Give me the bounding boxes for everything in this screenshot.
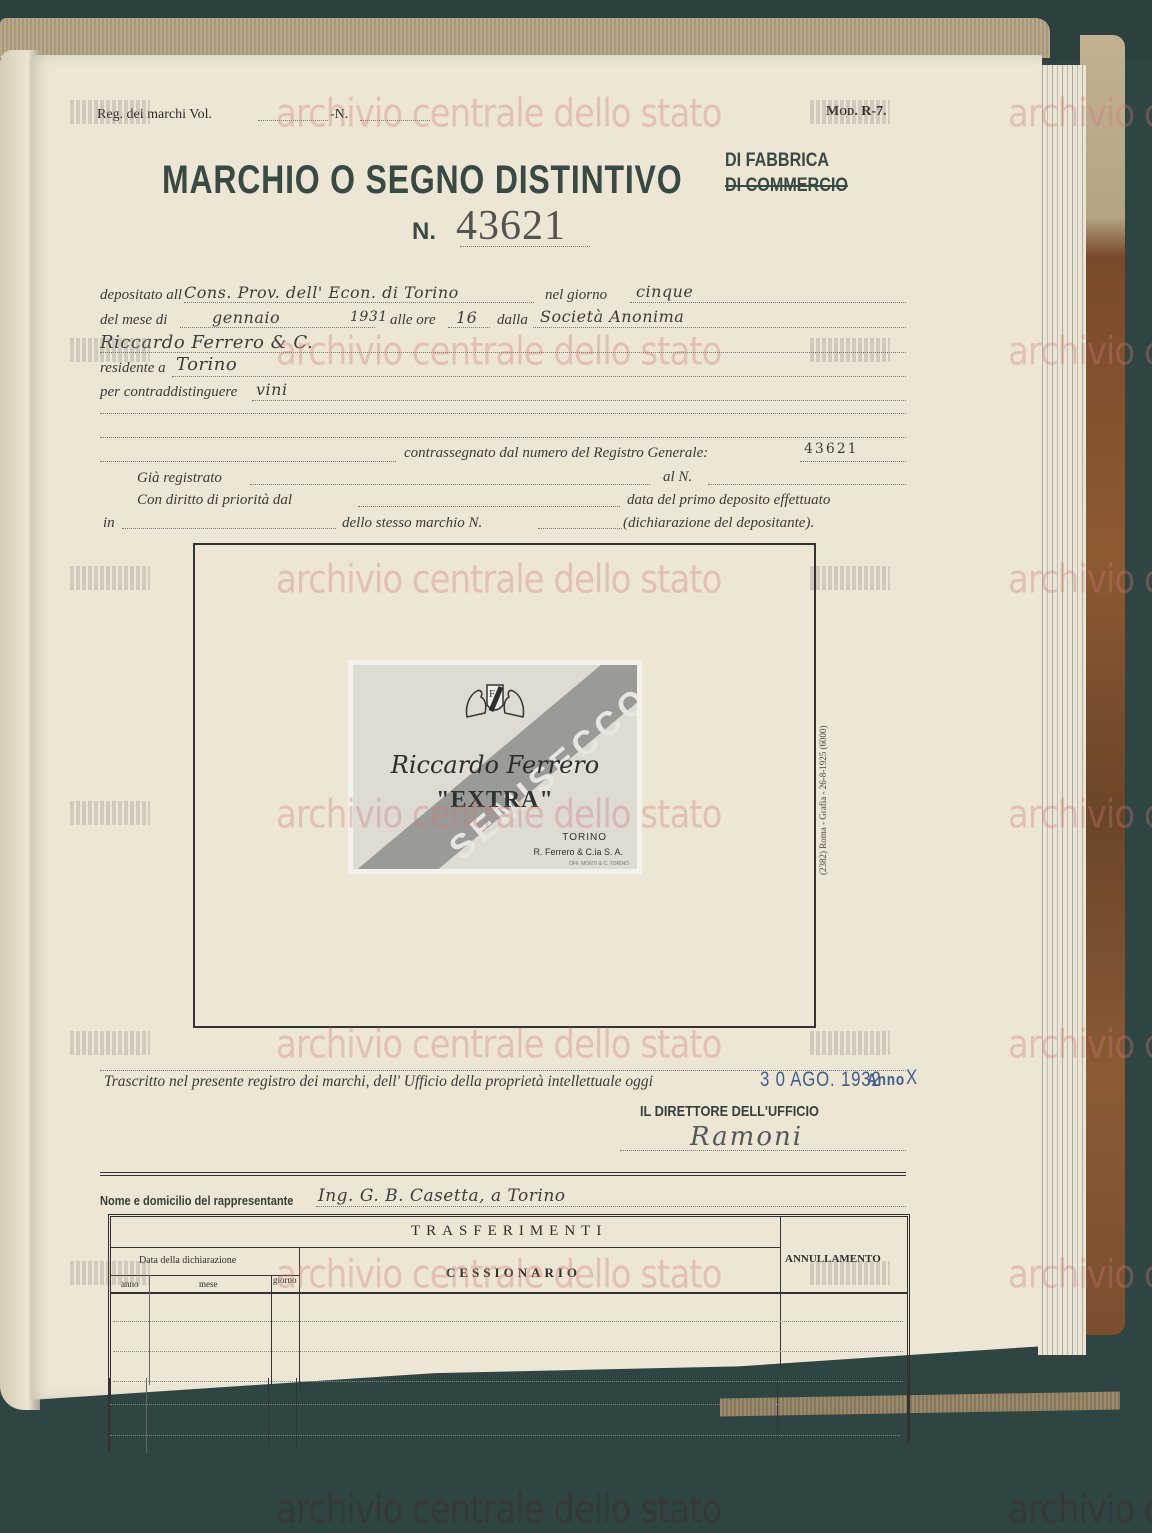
mark-number: 43621	[456, 202, 566, 250]
blank-line-2	[100, 437, 906, 438]
watermark: archivio centrale dello stato	[1008, 1487, 1152, 1533]
watermark: archivio centrale dello stato	[276, 329, 721, 375]
watermark: archivio centrale dello stato	[1008, 792, 1152, 838]
watermark-bars	[810, 566, 890, 590]
watermark: archivio centrale dello stato	[276, 557, 721, 603]
dalla-value: Società Anonima	[540, 307, 684, 326]
in-line	[122, 528, 336, 529]
primo-deposito-label: data del primo deposito effettuato	[627, 492, 830, 509]
table-row[interactable]	[110, 1435, 900, 1436]
transcription-date-stamp: 3 0 AGO. 1932	[760, 1068, 882, 1092]
type-fabbrica: DI FABBRICA	[725, 150, 829, 172]
watermark-bars	[70, 1031, 150, 1055]
watermark: archivio centrale dello stato	[1008, 1252, 1152, 1298]
watermark-bars	[810, 1261, 890, 1285]
date-header: Data della dichiarazione	[139, 1255, 236, 1266]
watermark-bars	[810, 100, 890, 124]
giorno-value: cinque	[636, 282, 693, 301]
giorno-line	[630, 302, 906, 303]
registry-blank-line	[100, 461, 396, 462]
depositato-label: depositato all	[100, 287, 182, 304]
representative-label: Nome e domicilio del rappresentante	[100, 1193, 293, 1208]
watermark-bars	[70, 566, 150, 590]
representative-value: Ing. G. B. Casetta, a Torino	[318, 1186, 566, 1206]
label-company: R. Ferrero & C.ia S. A.	[533, 847, 623, 857]
anno-value: 1931	[350, 309, 388, 325]
transfers-title: TRASFERIMENTI	[411, 1223, 607, 1240]
watermark: archivio centrale dello stato	[276, 91, 721, 137]
transfers-title-divider	[111, 1247, 780, 1248]
watermark: archivio centrale dello stato	[276, 1487, 721, 1533]
anno-stamp-value: X	[906, 1066, 918, 1090]
type-commercio-struck: DI COMMERCIO	[725, 175, 848, 197]
director-signature: Ramoni	[690, 1122, 803, 1152]
stesso-marchio-line	[538, 528, 622, 529]
table-row[interactable]	[113, 1381, 903, 1382]
page-title: MARCHIO O SEGNO DISTINTIVO	[162, 158, 682, 203]
table-row[interactable]	[113, 1351, 903, 1352]
priorita-label: Con diritto di priorità dal	[137, 492, 292, 509]
watermark: archivio centrale dello stato	[1008, 1022, 1152, 1068]
watermark: archivio centrale dello stato	[276, 1252, 721, 1298]
anno-stamp-label: Anno	[867, 1070, 905, 1090]
dalla-line	[533, 327, 906, 328]
watermark: archivio centrale dello stato	[1008, 91, 1152, 137]
lion-crest-icon: F	[459, 679, 531, 721]
watermark-bars	[70, 338, 150, 362]
label-brand-name: Riccardo Ferrero	[353, 751, 637, 779]
anno-mese-divider	[149, 1275, 150, 1385]
watermark: archivio centrale dello stato	[276, 1022, 721, 1068]
signature-line	[620, 1150, 906, 1151]
transcription-label: Trascritto nel presente registro dei mar…	[104, 1073, 653, 1091]
printer-side-note: (2382) Roma - Grafia - 26-8-1925 (6000)	[818, 675, 838, 875]
residente-value: Torino	[176, 354, 237, 375]
blank-line-1	[100, 413, 906, 414]
ore-line	[448, 327, 490, 328]
page-stack-edges	[1038, 65, 1086, 1355]
ore-label: alle ore	[390, 312, 436, 329]
registro-generale-line	[800, 461, 906, 462]
label-printer: OFF. MONTI & C. TORINO	[569, 861, 629, 867]
contrassegnato-label: contrassegnato dal numero del Registro G…	[404, 445, 708, 462]
giorno-label: nel giorno	[545, 287, 607, 304]
mese-line	[180, 327, 375, 328]
svg-text:F: F	[489, 688, 495, 700]
watermark: archivio centrale dello stato	[1008, 557, 1152, 603]
depositato-value: Cons. Prov. dell' Econ. di Torino	[184, 283, 459, 302]
contraddistinguere-value: vini	[256, 380, 288, 399]
separator-line-2	[100, 1175, 906, 1176]
watermark: archivio centrale dello stato	[1008, 329, 1152, 375]
dalla-label: dalla	[497, 312, 528, 329]
watermark-bars	[70, 100, 150, 124]
separator-line-1	[100, 1172, 906, 1173]
trademark-label-image: SEMISECCO F Riccardo Ferrero "EXTRA" TOR…	[352, 664, 638, 870]
mese-label: del mese di	[100, 312, 167, 329]
book-binding-top	[0, 18, 1050, 58]
al-n-line	[708, 484, 906, 485]
mark-number-prefix: N.	[412, 218, 436, 246]
ore-value: 16	[456, 308, 477, 327]
watermark-bars	[70, 1261, 150, 1285]
representative-line	[316, 1206, 906, 1207]
contraddistinguere-line	[252, 400, 906, 401]
mese-value: gennaio	[212, 308, 280, 327]
mark-number-line	[460, 246, 590, 247]
mese-giorno-divider	[271, 1275, 272, 1385]
director-label: IL DIRETTORE DELL'UFFICIO	[640, 1103, 819, 1120]
gia-registrato-label: Già registrato	[137, 470, 222, 487]
watermark-bars	[70, 801, 150, 825]
stesso-marchio-label: dello stesso marchio N.	[342, 515, 482, 532]
table-row[interactable]	[110, 1404, 900, 1405]
watermark-bars	[810, 1031, 890, 1055]
col-mese: mese	[199, 1279, 218, 1289]
residente-label: residente a	[100, 360, 166, 377]
watermark-bars	[810, 338, 890, 362]
table-row[interactable]	[113, 1321, 903, 1322]
registro-generale-value: 43621	[804, 441, 859, 457]
book-binding-right	[1080, 35, 1125, 1335]
depositato-line	[184, 302, 534, 303]
priorita-line	[358, 506, 620, 507]
contraddistinguere-label: per contraddistinguere	[100, 384, 237, 401]
watermark: archivio centrale dello stato	[276, 792, 721, 838]
in-label: in	[103, 515, 115, 532]
residente-line	[172, 376, 906, 377]
dichiarazione-label: (dichiarazione del depositante).	[623, 515, 814, 532]
gia-registrato-line	[250, 484, 650, 485]
al-n-label: al N.	[663, 469, 692, 486]
